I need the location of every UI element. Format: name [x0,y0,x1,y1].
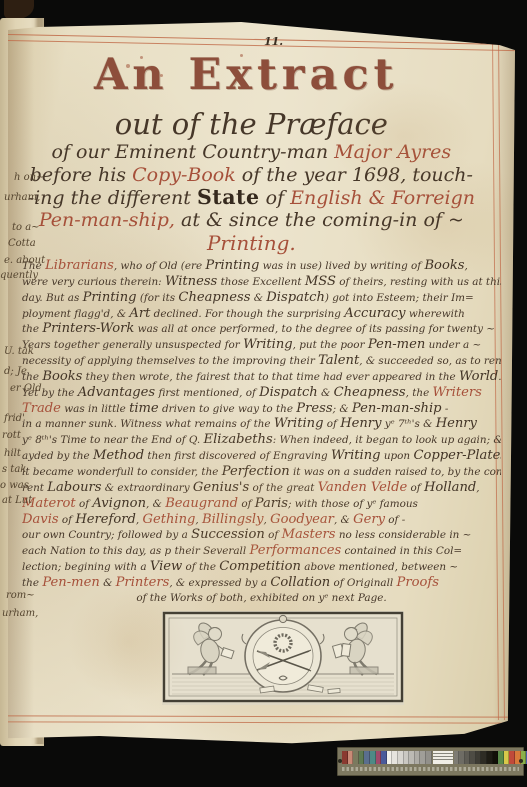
text-segment: of [323,418,340,430]
text-segment: Pen-man-ship, [39,209,175,231]
text-segment: : When indeed, it began to look up again… [273,434,501,446]
text-segment: Major Ayres [334,141,451,163]
text-segment: was in use) lived by writing of [259,260,424,272]
text-segment: & extraordinary [101,482,192,494]
marginal-fragment: s tak [2,464,26,475]
text-segment: contained in this Col= [341,545,462,557]
text-segment: Librarians [45,258,114,273]
text-segment: Avignon [92,496,146,511]
text-segment: & [100,577,116,589]
manuscript-line: Yet by the Advantages first mentioned, o… [22,385,501,401]
manuscript-page: 11. An Extract out of the Præfaceof our … [8,22,515,744]
manuscript-line: in a manner sunk. Witness what remains o… [22,416,501,432]
text-segment: Performances [250,543,342,558]
text-segment: of [265,529,282,541]
text-segment: Davis [22,512,59,527]
manuscript-line: Materot of Avignon, & Beaugrand of Paris… [22,496,501,512]
color-patch-row [342,751,519,764]
calibration-label [433,751,453,764]
manuscript-line: were very curious therein: Witness those… [22,274,501,290]
text-segment: the [22,577,42,589]
text-segment: before his [30,164,132,186]
text-segment: of - [385,514,405,526]
text-segment: Writing [243,337,293,352]
text-segment: under a ~ [425,339,481,351]
heading-line: Printing. [8,231,495,255]
text-segment: ; & [333,403,352,415]
text-segment: first mentioned, of [155,387,259,399]
text-segment: Trade [22,401,61,416]
page-title: An Extract [8,50,485,100]
text-segment: ; with those of yᵉ famous [288,498,418,510]
text-segment: Pen-men [368,337,425,352]
text-segment: Henry [340,416,381,431]
text-segment: Printing. [207,231,296,255]
marginal-fragment: h on~ [14,172,44,183]
manuscript-line: our own Country; followed by a Successio… [22,527,501,543]
text-segment: Hereford [75,512,136,527]
text-segment: ) got into Esteem; their Im= [325,292,474,304]
text-segment: Writers [433,385,482,400]
manuscript-line: Years together generally unsuspected for… [22,337,501,353]
text-segment: , put the poor [293,339,368,351]
marginal-fragment: urham, [2,608,38,619]
text-segment: time [129,401,159,416]
text-segment: Press [296,401,332,416]
text-segment: then first discovered of Engraving [144,450,331,462]
text-segment: those Excellent [217,276,305,288]
text-segment: out of the Præface [115,107,388,141]
text-segment: no less considerable in ~ [336,529,472,541]
manuscript-line: necessity of applying themselves to the … [22,353,501,369]
text-segment: , & [146,498,165,510]
text-segment: day. But as [22,292,83,304]
heading-block: out of the Præfaceof our Eminent Country… [8,108,495,255]
text-segment: Printing [205,258,259,273]
text-segment: World [459,369,498,384]
text-segment: , & [334,514,353,526]
text-segment: Pen-men [42,575,99,590]
marginal-fragment: to a~ [12,222,40,233]
text-segment: necessity of applying themselves to the … [22,355,318,367]
marginal-fragment: er Old [10,383,42,394]
text-segment: yᵉ 7ᵗʰ's & [381,418,435,430]
text-segment: , & expressed by a [169,577,270,589]
text-segment: Pen-man-ship [352,401,442,416]
color-patch [426,751,432,764]
manuscript-line: the Printers-Work was all at once perfor… [22,321,501,337]
color-calibration-bar [337,747,524,776]
heading-line: Pen-man-ship, at & since the coming-in o… [8,209,495,232]
text-segment: lection; begining with a [22,561,150,573]
text-segment: Printers-Work [42,321,134,336]
text-segment: Goodyear [270,512,334,527]
text-segment: MSS [305,274,336,289]
manuscript-line: ployment flagg'd, & Art declined. For th… [22,306,501,322]
text-segment: Copper-Plates, [413,448,501,463]
text-segment: ployment flagg'd, & [22,308,129,320]
text-segment: declined. For though the surprising [150,308,344,320]
title-flourish [258,66,262,70]
text-segment: Holland [424,480,476,495]
text-segment: at & since the coming-in of ~ [175,209,464,231]
marginal-fragment: o was [0,480,29,491]
text-segment: above mentioned, between ~ [301,561,458,573]
manuscript-line: day. But as Printing (for its Cheapness … [22,290,501,306]
marginal-fragment: at Lut [2,495,32,506]
text-segment: & [250,292,266,304]
text-segment: they then wrote, the fairest that to tha… [82,371,459,383]
marginal-fragment: frid' [4,413,25,424]
manuscript-line: Davis of Hereford, Gething, Billingsly, … [22,512,501,528]
text-segment: Proofs [397,575,439,590]
text-segment: - [442,403,449,415]
manuscript-scan: 11. An Extract out of the Præfaceof our … [0,0,527,787]
text-segment: Competition [219,559,301,574]
text-segment: of [260,187,291,209]
text-segment: Vanden Velde [318,480,408,495]
ruled-border-top [8,34,515,51]
text-segment: Cheapness [178,290,250,305]
text-segment: Henry [436,416,477,431]
text-segment: Cheapness [334,385,406,400]
text-segment: of the great [249,482,317,494]
marginal-fragment: quently [0,270,38,281]
heading-line: before his Copy-Book of the year 1698, t… [8,164,495,187]
text-segment: Art [129,306,150,321]
text-segment: Talent [318,353,359,368]
text-segment: State [197,185,260,209]
heading-line: out of the Præface [8,108,495,141]
title-flourish [240,54,243,57]
text-segment: yᵉ 8ᵗʰ's Time to near the End of Q. [22,434,204,446]
text-segment: of theirs, resting with us at this- [336,276,501,288]
marginal-fragment: rom~ [6,590,35,601]
manuscript-line: the Books they then wrote, the fairest t… [22,369,501,385]
manuscript-line: yᵉ 8ᵗʰ's Time to near the End of Q. Eliz… [22,432,501,448]
heading-line: -ing the different State of English & Fo… [8,186,495,209]
text-segment: of [407,482,424,494]
text-segment: Succession [191,527,265,542]
text-segment: Collation [270,575,330,590]
text-segment: Masters [282,527,336,542]
calibration-microtext [342,767,519,771]
marginal-fragment: Cotta [8,238,36,249]
manuscript-line: Trade was in little time driven to give … [22,401,501,417]
text-segment: , the [406,387,433,399]
text-segment: -ing the different [28,187,197,209]
manuscript-line: each Nation to this day, as p their Seve… [22,543,501,559]
text-segment: Writing [331,448,381,463]
text-segment: Accuracy [344,306,405,321]
text-segment: ayded by the [22,450,93,462]
text-segment: Advantages [78,385,155,400]
manuscript-line: it became wonderfull to consider, the Pe… [22,464,501,480]
text-segment: Perfection [222,464,290,479]
text-segment: & [318,387,334,399]
manuscript-line: of the Works of both, exhibited on yᵉ ne… [22,591,501,607]
manuscript-line: ayded by the Method then first discovere… [22,448,501,464]
text-segment: of Originall [330,577,396,589]
text-segment: (for its [137,292,179,304]
text-segment: was in little [61,403,129,415]
text-segment: it was on a sudden raised to, by the con… [290,466,501,478]
text-segment: Elizabeths [204,432,273,447]
text-segment: the [22,323,42,335]
folio-number: 11. [264,35,283,48]
text-segment: Witness [165,274,217,289]
manuscript-line: rent Labours & extraordinary Genius's of… [22,480,501,496]
title-flourish [140,56,143,59]
text-segment: Printing [83,290,137,305]
manuscript-line: The Librarians, who of Old (ere Printing… [22,258,501,274]
text-segment: of the year 1698, touch- [236,164,473,186]
title-flourish [160,74,163,77]
text-segment: Years together generally unsuspected for [22,339,243,351]
text-segment: Books [424,258,464,273]
marginal-fragment: rott [2,430,21,441]
text-segment: Paris [255,496,288,511]
title-flourish [126,64,130,68]
text-segment: were very curious therein: [22,276,165,288]
text-segment: , who of Old (ere [114,260,206,272]
text-segment: Dispatch [266,290,325,305]
text-segment: , & succeeded so, as to render [359,355,501,367]
text-segment: it became wonderfull to consider, the [22,466,222,478]
body-paragraph: The Librarians, who of Old (ere Printing… [22,258,501,607]
text-segment: in a manner sunk. Witness what remains o… [22,418,274,430]
book-spine-edge [4,0,34,20]
text-segment: Labours [47,480,101,495]
text-segment: driven to give way to the [159,403,297,415]
text-segment: of the [182,561,219,573]
text-segment: , [195,514,202,526]
text-segment: Dispatch [259,385,318,400]
heading-line: of our Eminent Country-man Major Ayres [8,141,495,164]
text-segment: of [59,514,76,526]
text-segment: Beaugrand [165,496,238,511]
text-segment: our own Country; followed by a [22,529,191,541]
marginal-fragment: e. about [4,255,45,266]
text-segment: Writing [274,416,324,431]
text-segment: upon [381,450,414,462]
text-segment: was all at once performed, to the degree… [134,323,495,335]
text-segment: . [498,371,501,383]
text-segment: Method [93,448,144,463]
text-segment: of our Eminent Country-man [52,141,335,163]
text-segment: Gery [353,512,385,527]
marginal-fragment: urham, [4,192,40,203]
ruled-border-bottom [8,715,515,723]
text-segment: , [476,482,479,494]
text-segment: View [150,559,182,574]
text-segment: Books [42,369,82,384]
text-segment: of [76,498,93,510]
marginal-fragment: hilt [4,448,21,459]
text-segment: Billingsly [202,512,264,527]
text-segment: Gething [142,512,195,527]
text-segment: Copy-Book [132,164,236,186]
text-segment: of the Works of both, exhibited on yᵉ ne… [136,592,386,604]
marginal-fragment: d; Je [4,366,27,377]
text-segment: Printers [116,575,170,590]
text-segment: wherewith [406,308,465,320]
text-segment: Genius's [193,480,249,495]
marginal-fragment: U. tak [4,346,34,357]
manuscript-line: the Pen-men & Printers, & expressed by a… [22,575,501,591]
text-segment: , [464,260,467,272]
text-segment: each Nation to this day, as p their Seve… [22,545,250,557]
tailpiece-engraving [162,611,404,705]
text-segment: of [238,498,255,510]
text-segment: English & Forreign [290,187,475,209]
manuscript-line: lection; begining with a View of the Com… [22,559,501,575]
